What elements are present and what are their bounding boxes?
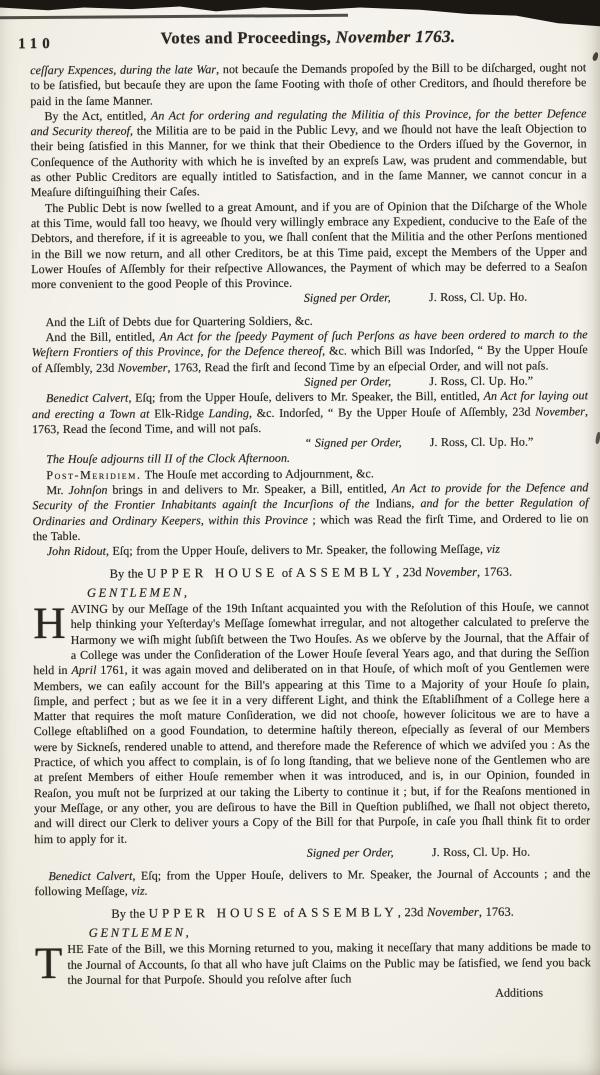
scan-artifact-streak xyxy=(0,14,348,19)
paragraph: And the Bill, entitled, An Act for the ſ… xyxy=(32,327,588,376)
text-run: ASSEMBLY xyxy=(298,904,398,920)
signed-per-order-label: Signed per Order, xyxy=(304,291,391,307)
text-run: ceſſary Expences, during the late War xyxy=(30,62,216,77)
text-run: GENTLEMEN, xyxy=(89,925,192,940)
text-run: November xyxy=(427,905,479,919)
text-run: Additions xyxy=(495,986,543,1000)
text-run: April xyxy=(71,663,96,677)
text-run: UPPER HOUSE xyxy=(149,905,281,921)
clerk-signature: J. Ross, Cl. Up. Ho. xyxy=(429,290,527,306)
text-run: of xyxy=(278,565,296,579)
catchword: Additions xyxy=(35,985,591,1003)
paragraph: Mr. Johnſon brings in and delivers to Mr… xyxy=(32,480,588,544)
text-run: November xyxy=(535,404,585,418)
section-heading: By the UPPER HOUSE of ASSEMBLY, 23d Nove… xyxy=(35,903,591,922)
text-run: The Houſe met according to Adjournment, … xyxy=(141,466,373,481)
section-heading: By the UPPER HOUSE of ASSEMBLY, 23d Nove… xyxy=(33,563,589,582)
text-run: , Eſq; from the Upper Houſe, delivers to… xyxy=(128,389,483,405)
page-body: ceſſary Expences, during the late War, n… xyxy=(30,60,591,1003)
text-run: Mr. xyxy=(46,483,68,497)
clerk-signature: J. Ross, Cl. Up. Ho.” xyxy=(430,435,534,451)
signature-line: Signed per Order,J. Ross, Cl. Up. Ho. xyxy=(31,290,587,308)
page-title-roman: Votes and Proceedings, xyxy=(161,28,332,48)
signature-line: “ Signed per Order,J. Ross, Cl. Up. Ho.” xyxy=(32,434,588,452)
text-run: Indians xyxy=(376,496,412,510)
paragraph: The Public Debt is now ſwelled to a grea… xyxy=(31,198,587,293)
text-run: 1761, it was again moved and deliberated… xyxy=(33,661,590,846)
paragraph: By the Act, entitled, An Act for orderin… xyxy=(30,106,586,201)
text-run: HE Fate of the Bill, we this Morning ret… xyxy=(67,940,591,987)
text-run: By the Act, entitled, xyxy=(44,108,151,123)
text-run: By the xyxy=(110,566,147,580)
signed-per-order-label: “ Signed per Order, xyxy=(305,435,402,451)
text-run: UPPER HOUSE xyxy=(147,564,279,580)
scan-speck xyxy=(595,432,600,445)
paragraph: Benedict Calvert, Eſq; from the Upper Ho… xyxy=(34,866,590,900)
paragraph: THE Fate of the Bill, we this Morning re… xyxy=(35,940,591,989)
text-run: Landing xyxy=(209,406,249,420)
text-run: The Houſe adjourns till II of the Clock … xyxy=(46,451,290,466)
text-run: The Public Debt is now ſwelled to a grea… xyxy=(31,198,587,291)
clerk-signature: J. Ross, Cl. Up. Ho. xyxy=(432,844,530,860)
text-run: brings in and delivers to Mr. Speaker, a… xyxy=(108,481,392,496)
text-run: November xyxy=(425,564,477,578)
clerk-signature: J. Ross, Cl. Up. Ho.” xyxy=(429,373,533,389)
text-run: viz xyxy=(486,542,500,556)
text-run: , 23d xyxy=(398,905,427,919)
signature-line: Signed per Order,J. Ross, Cl. Up. Ho.” xyxy=(32,373,588,391)
text-run: viz. xyxy=(131,884,148,898)
text-run: ASSEMBLY xyxy=(296,564,396,580)
text-run: And the Liſt of Debts due for Quartering… xyxy=(46,313,313,328)
text-run: November xyxy=(118,360,168,374)
paragraph: Benedict Calvert, Eſq; from the Upper Ho… xyxy=(32,388,588,437)
text-run: , 23d xyxy=(396,565,425,579)
text-run: of xyxy=(280,906,298,920)
paragraph: HAVING by our Meſſage of the 19th Inſtan… xyxy=(33,599,590,847)
page-title-date: November 1763. xyxy=(336,27,456,47)
signed-per-order-label: Signed per Order, xyxy=(307,845,394,861)
signature-line: Signed per Order,J. Ross, Cl. Up. Ho. xyxy=(34,844,590,862)
text-run: , &c. Indorſed, “ By the Upper Houſe of … xyxy=(249,404,535,419)
text-run: , 1763. xyxy=(477,564,512,578)
scan-speck xyxy=(592,51,600,61)
text-run: And the Bill, entitled, xyxy=(46,330,160,345)
salutation: GENTLEMEN, xyxy=(33,583,589,601)
signed-per-order-label: Signed per Order, xyxy=(304,374,391,390)
text-run: , Eſq; from the Upper Houſe, delivers to… xyxy=(106,542,487,558)
text-run: Benedict Calvert xyxy=(48,869,132,883)
document-page: 110 Votes and Proceedings, November 1763… xyxy=(0,0,600,1075)
text-run: John Ridout xyxy=(47,544,106,558)
paragraph: John Ridout, Eſq; from the Upper Houſe, … xyxy=(33,541,589,559)
paragraph: ceſſary Expences, during the late War, n… xyxy=(30,60,586,109)
drop-cap: H xyxy=(33,602,71,648)
text-run: Johnſon xyxy=(68,483,107,497)
text-run: Benedict Calvert xyxy=(46,391,129,405)
text-run: Elk-Ridge xyxy=(154,406,209,420)
text-run: , 1763. xyxy=(479,904,514,918)
page-header: 110 Votes and Proceedings, November 1763… xyxy=(30,24,586,63)
text-run: By the xyxy=(111,906,148,920)
text-run: GENTLEMEN, xyxy=(87,585,190,600)
page-content: 110 Votes and Proceedings, November 1763… xyxy=(30,24,591,1003)
drop-cap: T xyxy=(35,942,68,988)
text-run: Post-Meridiem. xyxy=(46,467,141,481)
page-title: Votes and Proceedings, November 1763. xyxy=(30,24,586,49)
text-run: , 1763, Read the firſt and ſecond Time b… xyxy=(167,358,548,374)
page-number: 110 xyxy=(18,36,55,53)
